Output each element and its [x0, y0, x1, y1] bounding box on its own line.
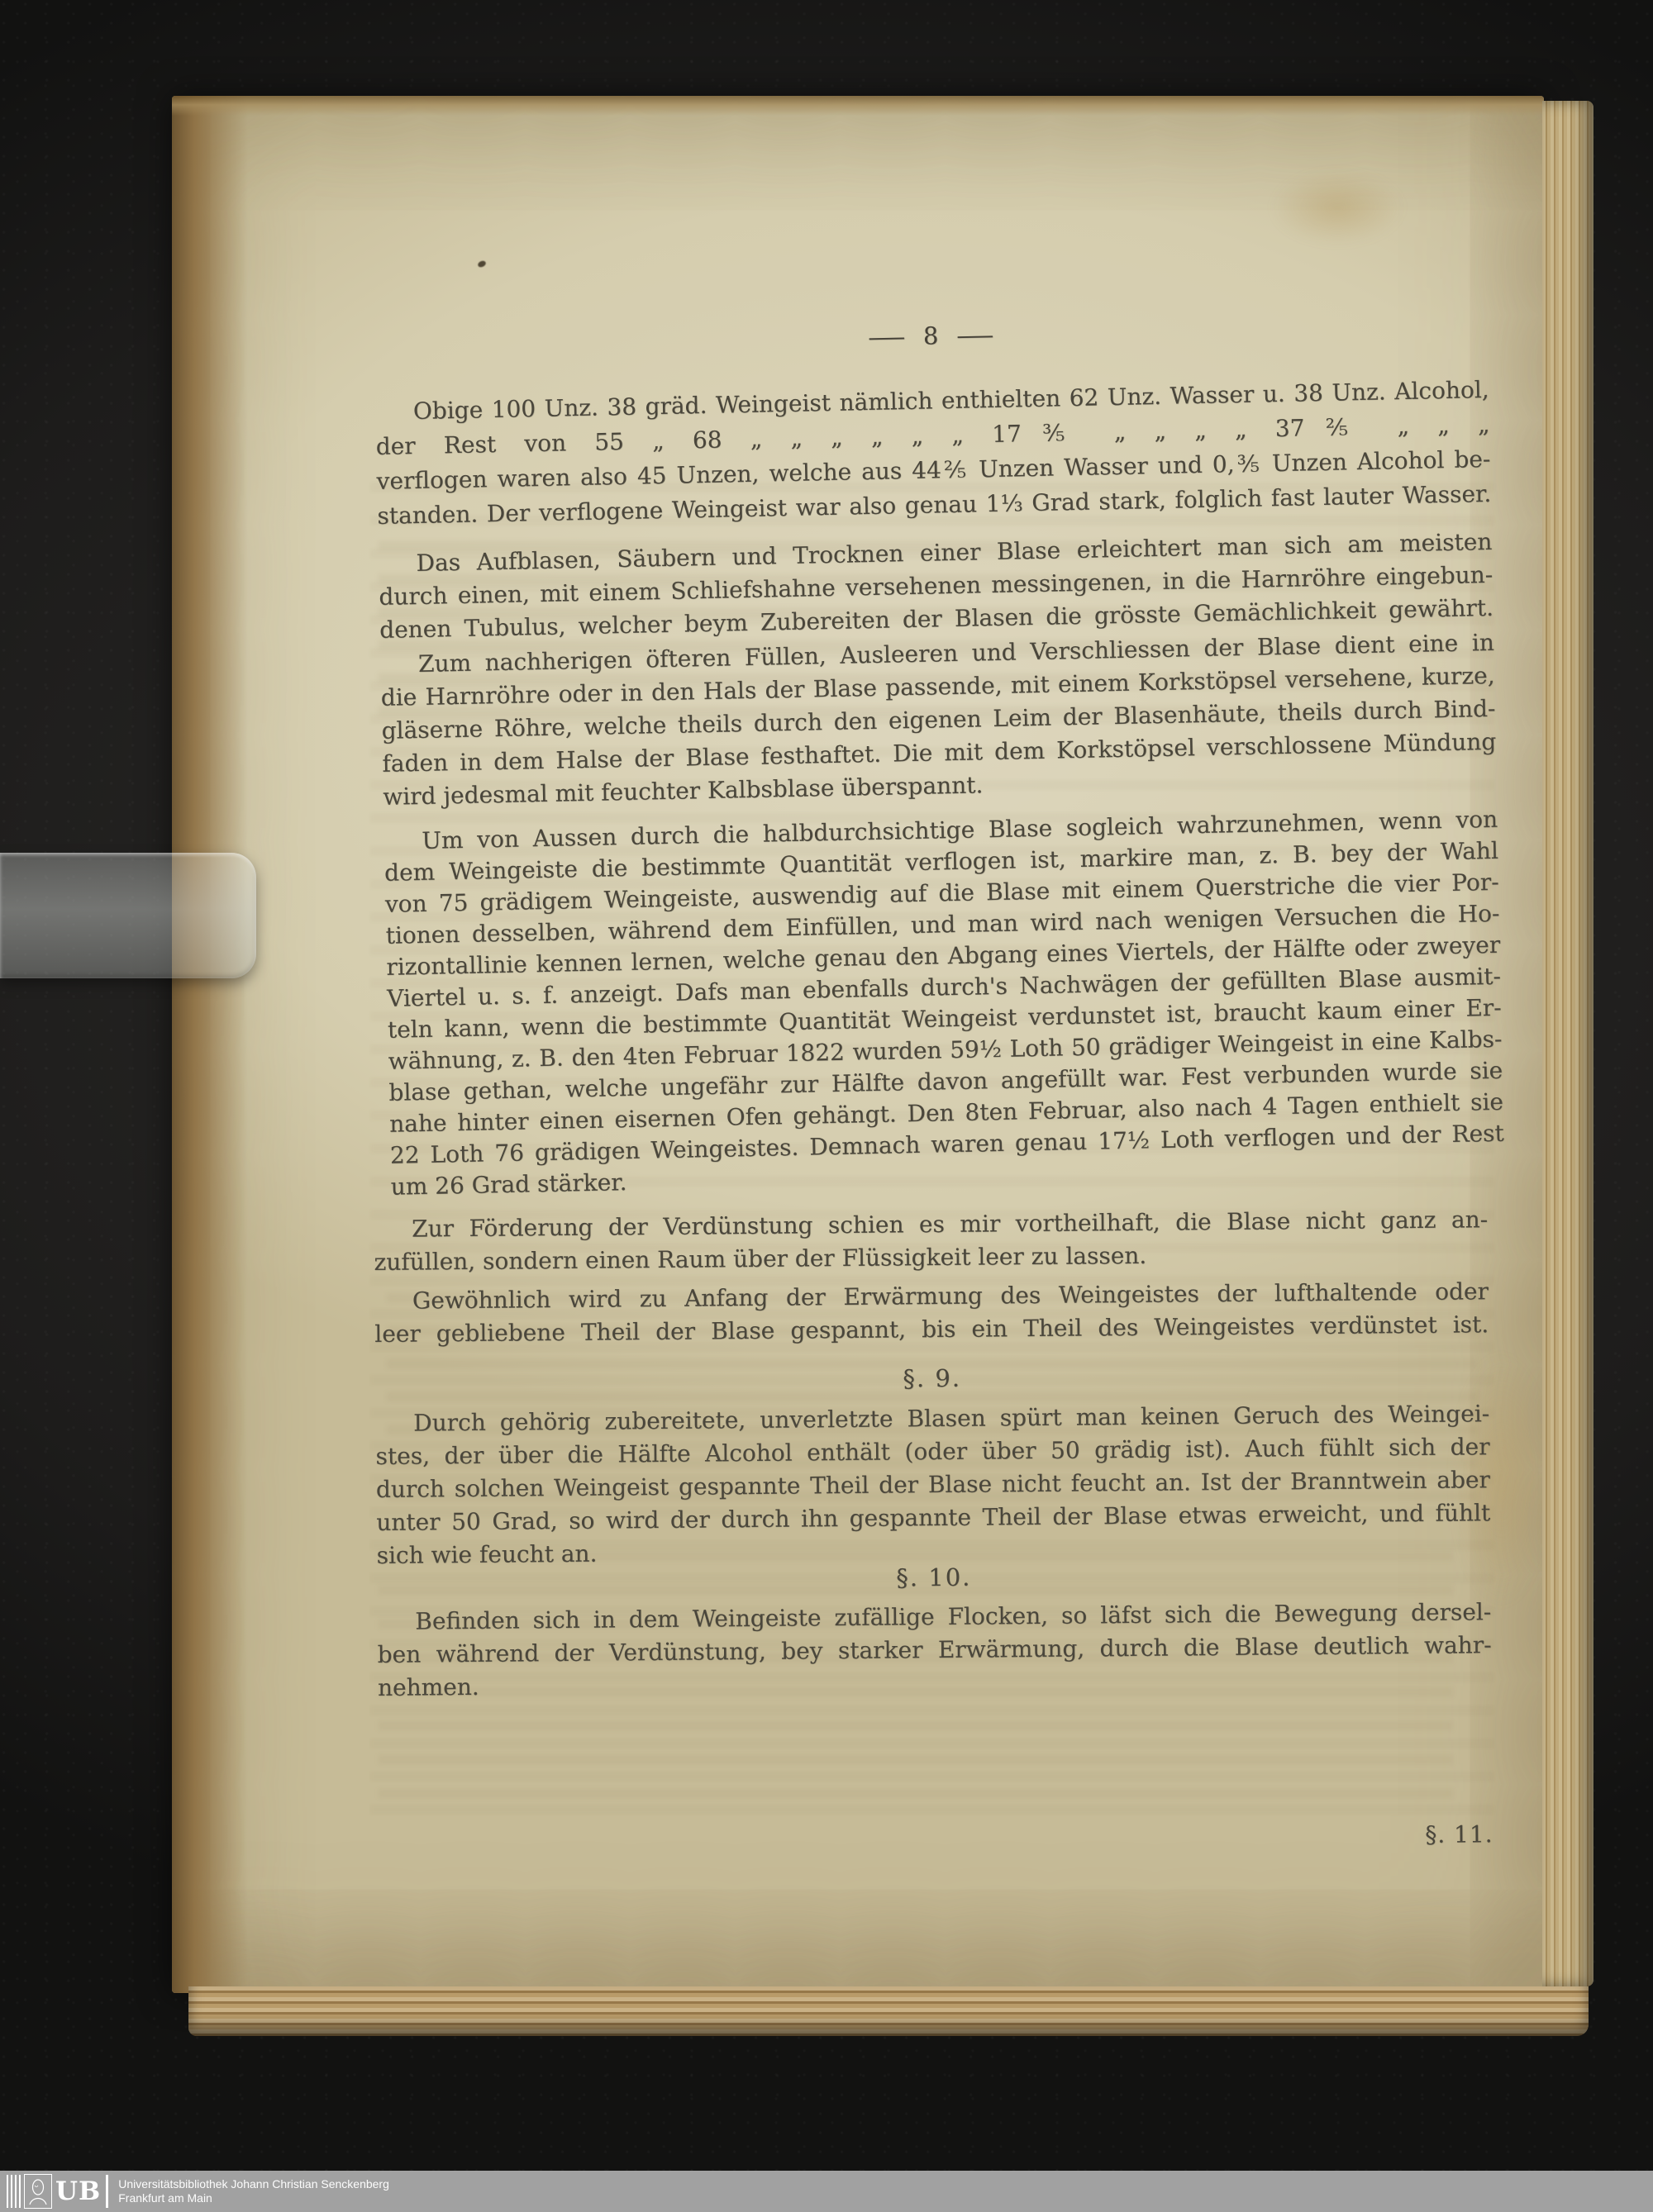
scan-background: — 8 — Obige 100 Unz. 38 gräd. Weingeist …	[0, 0, 1653, 2212]
page-number-dash: —	[867, 322, 906, 351]
paragraph-8: Befinden sich in dem Weingeiste zufällig…	[377, 1596, 1492, 1705]
page-number-value: 8	[923, 321, 939, 350]
paragraph-3: Zum nachherigen öfteren Füllen, Ausleere…	[380, 626, 1498, 814]
page-stack-bottom-edge	[188, 1986, 1589, 2036]
page-clamp-strip	[0, 853, 256, 978]
library-name-block: Universitätsbibliothek Johann Christian …	[118, 2177, 389, 2205]
logo-lines-icon	[7, 2175, 21, 2208]
portrait-icon	[24, 2174, 52, 2209]
paragraph-1: Obige 100 Unz. 38 gräd. Weingeist nämlic…	[375, 373, 1492, 534]
library-city: Frankfurt am Main	[118, 2191, 389, 2205]
paragraph-7: Durch gehörig zubereitete, unverletzte B…	[375, 1397, 1491, 1572]
page-number-dash: —	[955, 321, 994, 350]
page-spine-shadow	[172, 96, 248, 1993]
library-name: Universitätsbibliothek Johann Christian …	[118, 2177, 389, 2191]
paragraph-5: Zur Förderung der Verdünstung schien es …	[374, 1203, 1489, 1279]
logo-divider	[106, 2175, 108, 2208]
library-footer-bar: UB Universitätsbibliothek Johann Christi…	[0, 2171, 1653, 2212]
page-top-edge	[172, 96, 1544, 116]
paragraph-6: Gewöhnlich wird zu Anfang der Erwärmung …	[374, 1275, 1489, 1351]
page-stack-right-edge	[1542, 101, 1593, 1986]
ub-logo-text: UB	[55, 2175, 101, 2208]
paper-speck	[477, 259, 487, 269]
paragraph-4: Um von Aussen durch die halbdurchsichtig…	[383, 804, 1505, 1203]
paper-stain	[1271, 170, 1403, 245]
ub-logo: UB	[7, 2174, 108, 2209]
